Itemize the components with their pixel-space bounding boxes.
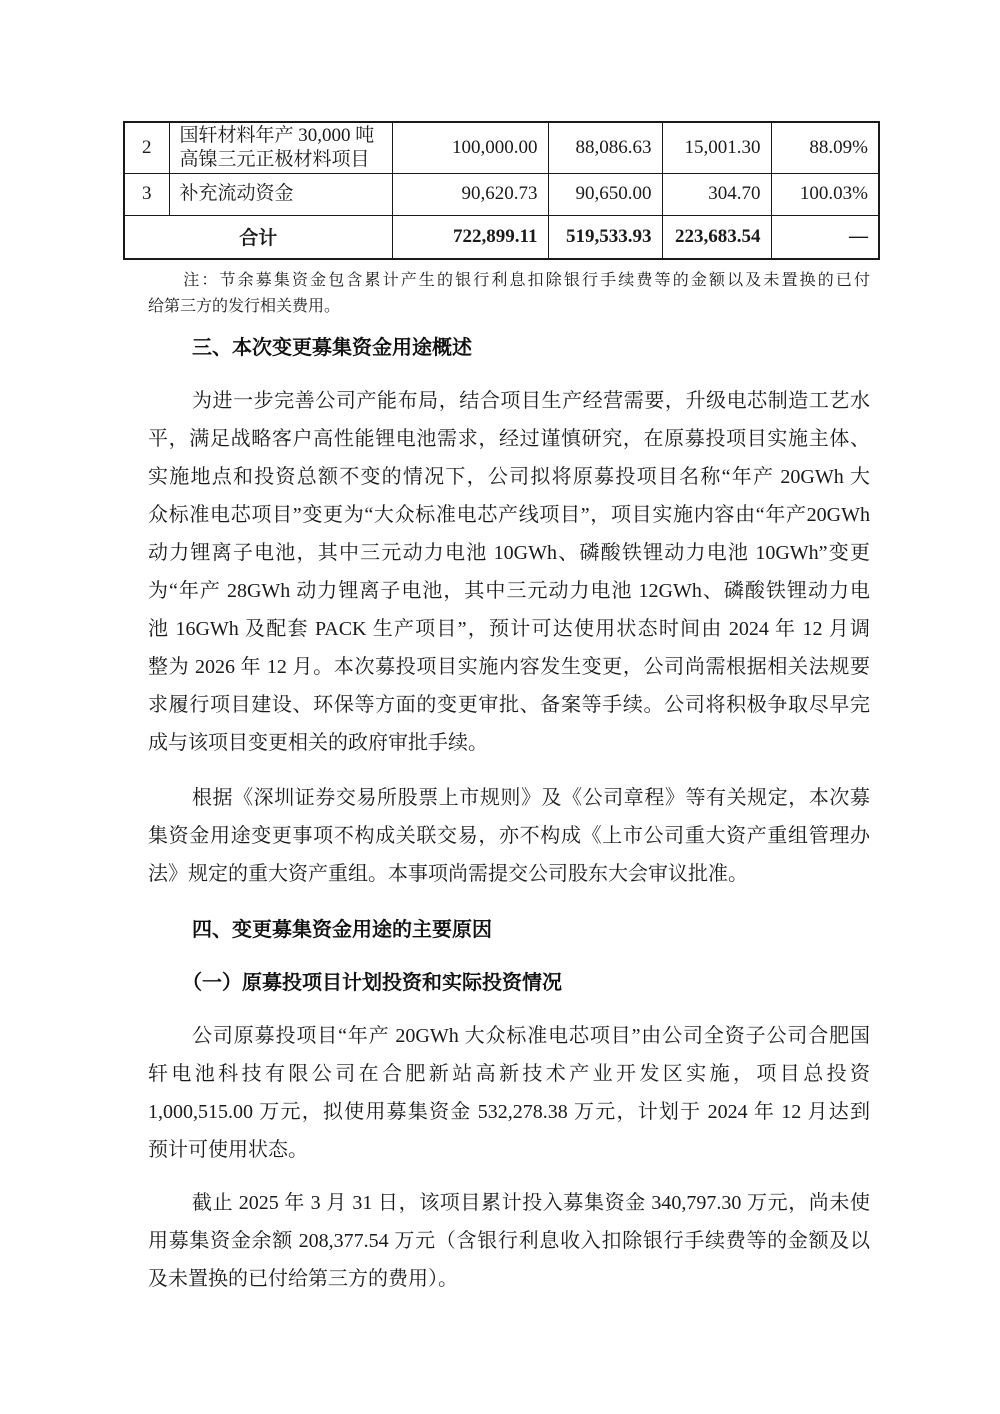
- text-line: 为“年产 28GWh 动力锂离子电池，其中三元动力电池 12GWh、磷酸铁锂动力…: [148, 572, 870, 610]
- text-line: 1,000,515.00 万元，拟使用募集资金 532,278.38 万元，计划…: [148, 1093, 870, 1131]
- text-line: 集资金用途变更事项不构成关联交易，亦不构成《上市公司重大资产重组管理办: [148, 817, 870, 855]
- text-line: 众标准电芯项目”变更为“大众标准电芯产线项目”，项目实施内容由“年产20GWh: [148, 496, 870, 534]
- text-line: 整为 2026 年 12 月。本次募投项目实施内容发生变更，公司尚需根据相关法规…: [148, 648, 870, 686]
- document-page: 2 国轩材料年产 30,000 吨高镍三元正极材料项目 100,000.00 8…: [0, 0, 1000, 1414]
- text-line: 平，满足战略客户高性能锂电池需求，经过谨慎研究，在原募投项目实施主体、: [148, 420, 870, 458]
- text-line: 及未置换的已付给第三方的费用）。: [148, 1260, 870, 1298]
- text-line: 注：节余募集资金包含累计产生的银行利息扣除银行手续费等的金额以及未置换的已付: [148, 268, 870, 294]
- document-body: 注：节余募集资金包含累计产生的银行利息扣除银行手续费等的金额以及未置换的已付给第…: [148, 0, 870, 1298]
- text-line: 动力锂离子电池，其中三元动力电池 10GWh、磷酸铁锂动力电池 10GWh”变更: [148, 534, 870, 572]
- text-line: 给第三方的发行相关费用。: [148, 294, 870, 320]
- text-line: 用募集资金余额 208,377.54 万元（含银行利息收入扣除银行手续费等的金额…: [148, 1222, 870, 1260]
- text-line: 为进一步完善公司产能布局，结合项目生产经营需要，升级电芯制造工艺水: [148, 382, 870, 420]
- text-line: 实施地点和投资总额不变的情况下，公司拟将原募投项目名称“年产 20GWh 大: [148, 458, 870, 496]
- text-line: 截止 2025 年 3 月 31 日，该项目累计投入募集资金 340,797.3…: [148, 1184, 870, 1222]
- subsection-heading-4-1: （一）原募投项目计划投资和实际投资情况: [148, 969, 870, 997]
- section-heading-4: 四、变更募集资金用途的主要原因: [148, 916, 870, 944]
- text-line: 公司原募投项目“年产 20GWh 大众标准电芯项目”由公司全资子公司合肥国: [148, 1017, 870, 1055]
- text-line: 轩电池科技有限公司在合肥新站高新技术产业开发区实施，项目总投资: [148, 1055, 870, 1093]
- text-line: 求履行项目建设、环保等方面的变更审批、备案等手续。公司将积极争取尽早完: [148, 686, 870, 724]
- text-line: 成与该项目变更相关的政府审批手续。: [148, 724, 870, 762]
- paragraph-progress: 截止 2025 年 3 月 31 日，该项目累计投入募集资金 340,797.3…: [148, 1184, 870, 1298]
- paragraph-rules: 根据《深圳证券交易所股票上市规则》及《公司章程》等有关规定，本次募集资金用途变更…: [148, 779, 870, 893]
- text-line: 池 16GWh 及配套 PACK 生产项目”，预计可达使用状态时间由 2024 …: [148, 610, 870, 648]
- text-line: 根据《深圳证券交易所股票上市规则》及《公司章程》等有关规定，本次募: [148, 779, 870, 817]
- text-line: 预计可使用状态。: [148, 1131, 870, 1169]
- text-line: 法》规定的重大资产重组。本事项尚需提交公司股东大会审议批准。: [148, 855, 870, 893]
- section-heading-3: 三、本次变更募集资金用途概述: [148, 334, 870, 362]
- paragraph-original-plan: 公司原募投项目“年产 20GWh 大众标准电芯项目”由公司全资子公司合肥国轩电池…: [148, 1017, 870, 1169]
- paragraph-overview: 为进一步完善公司产能布局，结合项目生产经营需要，升级电芯制造工艺水平，满足战略客…: [148, 382, 870, 762]
- table-note: 注：节余募集资金包含累计产生的银行利息扣除银行手续费等的金额以及未置换的已付给第…: [148, 268, 870, 320]
